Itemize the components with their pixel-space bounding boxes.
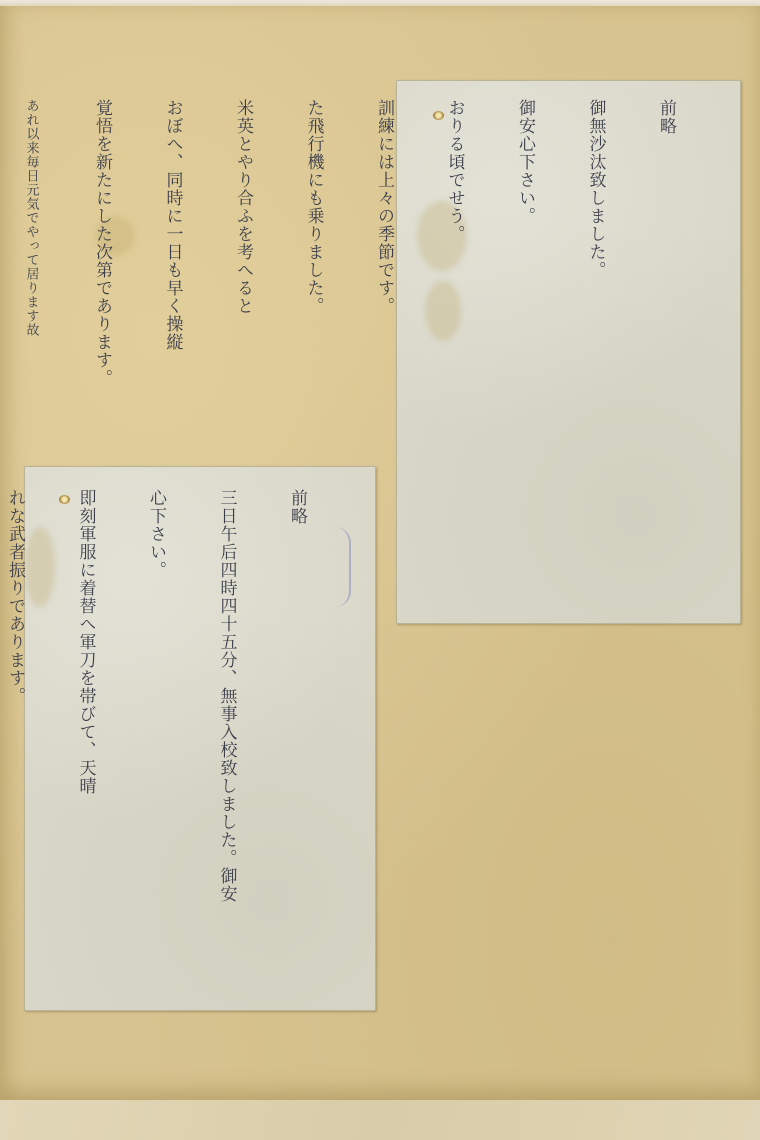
letter-line: 即刻軍服に着替へ軍刀を帯びて、天晴 [73,489,97,992]
postcard-right: 前略 御無沙汰致しました。 御安心下さい。 おりる頃でせう。 訓練には上々の季節… [396,80,741,624]
salutation: 前略 [654,99,678,605]
salutation: 前略 [285,489,309,992]
postcard-left: 前略 三日午后四時四十五分、無事入校致しました。御安 心下さい。 即刻軍服に着替… [24,466,376,1011]
letter-line: 心下さい。 [144,489,168,992]
letter-line: 御無沙汰致しました。 [583,99,607,605]
handwritten-letter-right: 前略 御無沙汰致しました。 御安心下さい。 おりる頃でせう。 訓練には上々の季節… [411,99,724,605]
underlying-page-edge [0,1100,760,1140]
letter-line: れな武者振りであります。 [3,489,27,992]
letter-line: おりる頃でせう。 [442,99,466,605]
handwritten-letter-left: 前略 三日午后四時四十五分、無事入校致しました。御安 心下さい。 即刻軍服に着替… [75,489,355,992]
letter-line: 御安心下さい。 [513,99,537,605]
letter-line: 三日午后四時四十五分、無事入校致しました。御安 [214,489,238,992]
